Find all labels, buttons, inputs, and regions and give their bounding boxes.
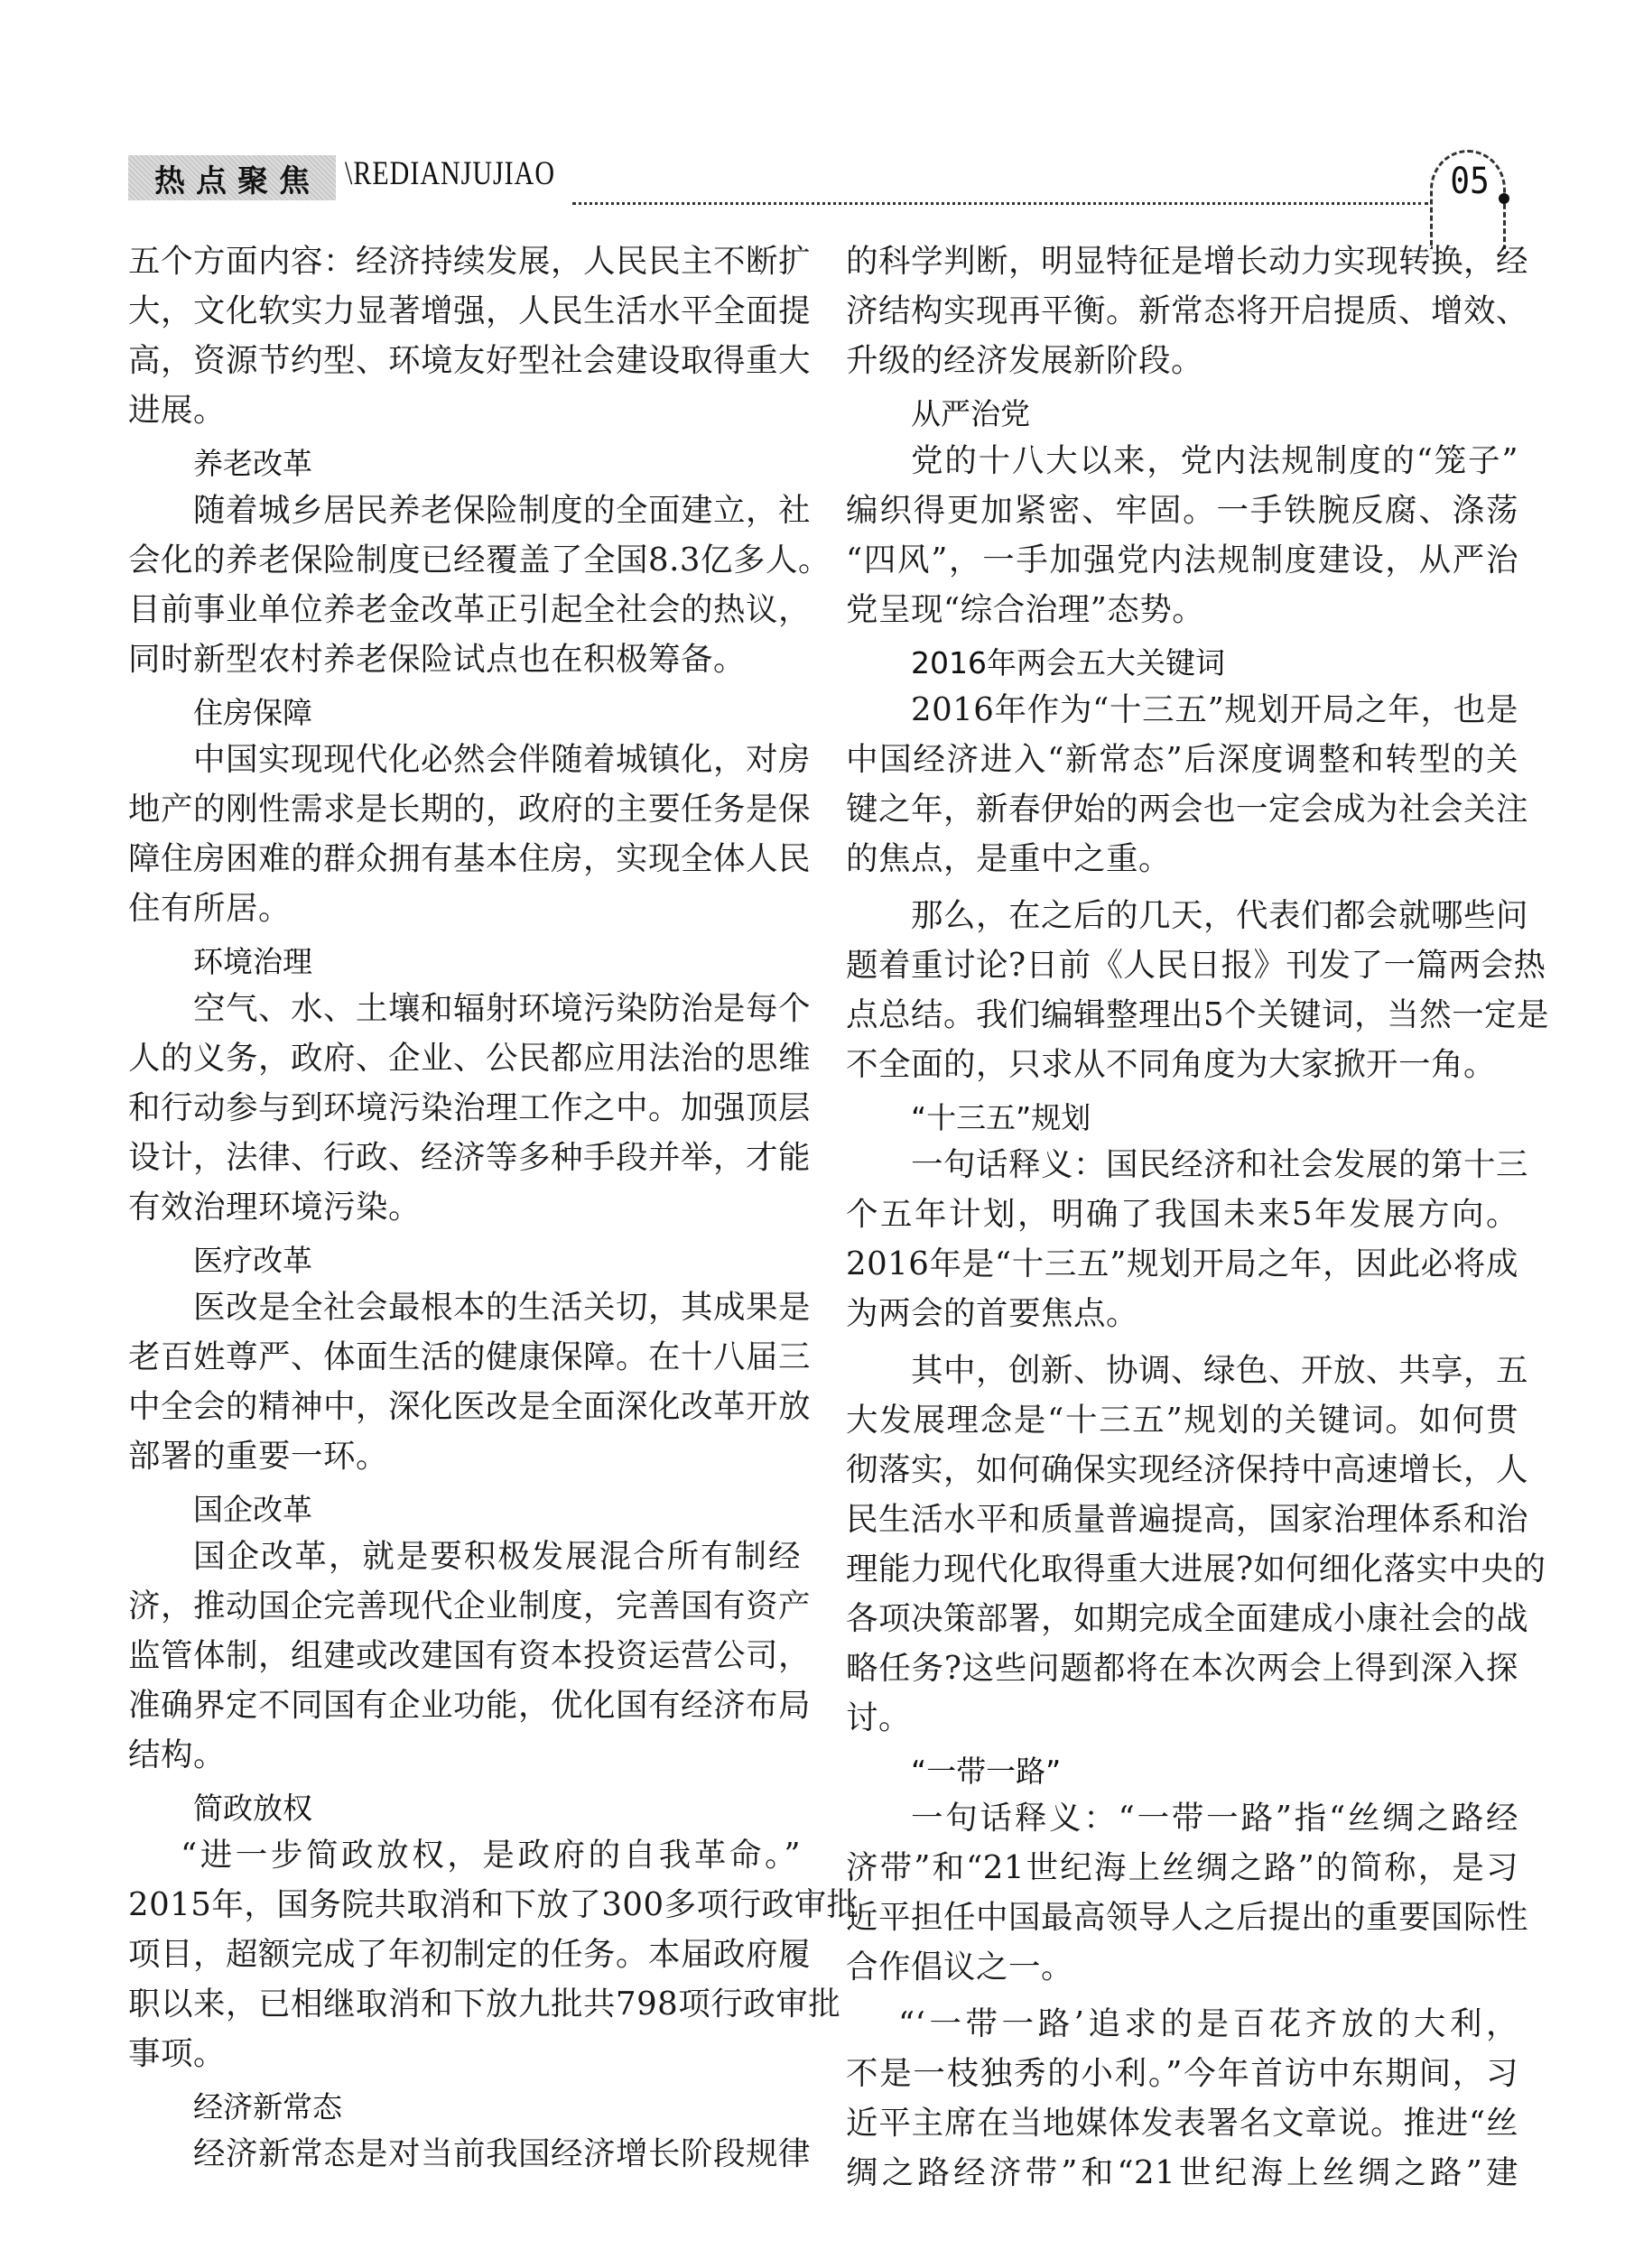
page-number-ornament: 05 [1425,146,1515,209]
text-line: 键之年，新春伊始的两会也一定会成为社会关注 [846,784,1518,834]
text-line: 的焦点，是重中之重。 [846,834,1518,884]
paragraph: 一句话释义：国民经济和社会发展的第十三个五年计划，明确了我国未来5年发展方向。2… [846,1140,1518,1338]
text-line: 会化的养老保险制度已经覆盖了全国8.3亿多人。 [128,535,801,585]
paragraph: 经济新常态是对当前我国经济增长阶段规律 [128,2129,801,2179]
text-line: 2015年，国务院共取消和下放了300多项行政审批 [128,1880,801,1930]
text-line: 进展。 [128,385,801,435]
section-heading: “一带一路” [846,1750,1518,1793]
paragraph: 医改是全社会最根本的生活关切，其成果是老百姓尊严、体面生活的健康保障。在十八届三… [128,1282,801,1481]
text-line: 随着城乡居民养老保险制度的全面建立，社 [128,486,801,535]
text-line: 空气、水、土壤和辐射环境污染防治是每个 [128,984,801,1033]
text-line: 大，文化软实力显著增强，人民生活水平全面提 [128,286,801,336]
paragraph: 空气、水、土壤和辐射环境污染防治是每个人的义务，政府、企业、公民都应用法治的思维… [128,984,801,1232]
section-heading: 国企改革 [128,1488,801,1532]
paragraph: 一句话释义：“一带一路”指“丝绸之路经济带”和“21世纪海上丝绸之路”的简称，是… [846,1793,1518,1992]
text-line: 不是一枝独秀的小利。”今年首访中东期间，习 [846,2049,1518,2098]
section-heading: 经济新常态 [128,2086,801,2129]
paragraph: “进一步简政放权，是政府的自我革命。”2015年，国务院共取消和下放了300多项… [128,1830,801,2078]
text-line: 各项决策部署，如期完成全面建成小康社会的战 [846,1594,1518,1643]
text-line: 近平担任中国最高领导人之后提出的重要国际性 [846,1893,1518,1942]
running-header: 热点聚焦 \REDIANJUJIAO 05 [128,152,1537,206]
section-heading: 简政放权 [128,1787,801,1830]
text-line: 有效治理环境污染。 [128,1182,801,1232]
section-heading: 养老改革 [128,442,801,486]
text-line: 高，资源节约型、环境友好型社会建设取得重大 [128,336,801,385]
paragraph: 那么，在之后的几天，代表们都会就哪些问题着重讨论?日前《人民日报》刊发了一篇两会… [846,891,1518,1089]
text-line: 济结构实现再平衡。新常态将开启提质、增效、 [846,286,1518,336]
text-line: 中国经济进入“新常态”后深度调整和转型的关 [846,735,1518,784]
text-line: 人的义务，政府、企业、公民都应用法治的思维 [128,1033,801,1083]
text-line: 其中，创新、协调、绿色、开放、共享，五 [846,1346,1518,1395]
page-number: 05 [1450,161,1489,202]
text-line: 讨。 [846,1693,1518,1743]
text-line: 医改是全社会最根本的生活关切，其成果是 [128,1282,801,1332]
text-line: 2016年是“十三五”规划开局之年，因此必将成 [846,1239,1518,1289]
text-line: 理能力现代化取得重大进展?如何细化落实中央的 [846,1544,1518,1594]
section-title-pinyin: \REDIANJUJIAO [345,155,555,194]
text-line: “进一步简政放权，是政府的自我革命。” [128,1830,801,1880]
text-line: 事项。 [128,2029,801,2078]
text-line: 合作倡议之一。 [846,1942,1518,1992]
paragraph: 党的十八大以来，党内法规制度的“笼子”编织得更加紧密、牢固。一手铁腕反腐、涤荡“… [846,436,1518,634]
paragraph: 国企改革，就是要积极发展混合所有制经济，推动国企完善现代企业制度，完善国有资产监… [128,1532,801,1780]
text-line: 题着重讨论?日前《人民日报》刊发了一篇两会热 [846,940,1518,990]
text-line: 济带”和“21世纪海上丝绸之路”的简称，是习 [846,1843,1518,1893]
text-line: 障住房困难的群众拥有基本住房，实现全体人民 [128,834,801,884]
left-column: 五个方面内容：经济持续发展，人民民主不断扩大，文化软实力显著增强，人民生活水平全… [128,236,801,2186]
text-line: 和行动参与到环境污染治理工作之中。加强顶层 [128,1083,801,1133]
text-line: 大发展理念是“十三五”规划的关键词。如何贯 [846,1395,1518,1445]
text-line: 老百姓尊严、体面生活的健康保障。在十八届三 [128,1332,801,1382]
text-line: “‘一带一路’追求的是百花齐放的大利， [846,1999,1518,2049]
section-heading: 从严治党 [846,393,1518,436]
paragraph: 的科学判断，明显特征是增长动力实现转换，经济结构实现再平衡。新常态将开启提质、增… [846,236,1518,385]
text-line: 那么，在之后的几天，代表们都会就哪些问 [846,891,1518,940]
text-line: 个五年计划，明确了我国未来5年发展方向。 [846,1190,1518,1239]
text-line: 近平主席在当地媒体发表署名文章说。推进“丝 [846,2098,1518,2148]
dot-icon [1499,193,1509,204]
text-line: 党呈现“综合治理”态势。 [846,585,1518,634]
paragraph: 五个方面内容：经济持续发展，人民民主不断扩大，文化软实力显著增强，人民生活水平全… [128,236,801,435]
text-line: 中国实现现代化必然会伴随着城镇化，对房 [128,735,801,784]
text-line: 绸之路经济带”和“21世纪海上丝绸之路”建 [846,2148,1518,2198]
section-heading: “十三五”规划 [846,1097,1518,1140]
text-line: 中全会的精神中，深化医改是全面深化改革开放 [128,1382,801,1431]
text-line: 党的十八大以来，党内法规制度的“笼子” [846,436,1518,486]
section-heading: 住房保障 [128,691,801,735]
text-line: 编织得更加紧密、牢固。一手铁腕反腐、涤荡 [846,486,1518,535]
text-line: “四风”，一手加强党内法规制度建设，从严治 [846,535,1518,585]
text-line: 国企改革，就是要积极发展混合所有制经 [128,1532,801,1581]
text-line: 住有所居。 [128,884,801,933]
text-line: 升级的经济发展新阶段。 [846,336,1518,385]
section-badge: 热点聚焦 [128,155,336,200]
section-heading: 医疗改革 [128,1239,801,1282]
text-line: 地产的刚性需求是长期的，政府的主要任务是保 [128,784,801,834]
text-line: 结构。 [128,1730,801,1780]
text-line: 五个方面内容：经济持续发展，人民民主不断扩 [128,236,801,286]
text-line: 准确界定不同国有企业功能，优化国有经济布局 [128,1680,801,1730]
section-heading: 环境治理 [128,940,801,984]
text-line: 设计，法律、行政、经济等多种手段并举，才能 [128,1133,801,1182]
right-column: 的科学判断，明显特征是增长动力实现转换，经济结构实现再平衡。新常态将开启提质、增… [846,236,1518,2205]
paragraph: 随着城乡居民养老保险制度的全面建立，社会化的养老保险制度已经覆盖了全国8.3亿多… [128,486,801,684]
section-heading: 2016年两会五大关键词 [846,642,1518,685]
dotted-rule [572,202,1428,205]
text-line: 一句话释义：国民经济和社会发展的第十三 [846,1140,1518,1190]
text-line: 民生活水平和质量普遍提高，国家治理体系和治 [846,1495,1518,1544]
section-title-cn: 热点聚焦 [144,156,320,200]
paragraph: 2016年作为“十三五”规划开局之年，也是中国经济进入“新常态”后深度调整和转型… [846,685,1518,884]
text-line: 彻落实，如何确保实现经济保持中高速增长，人 [846,1445,1518,1495]
text-line: 经济新常态是对当前我国经济增长阶段规律 [128,2129,801,2179]
text-line: 的科学判断，明显特征是增长动力实现转换，经 [846,236,1518,286]
text-line: 一句话释义：“一带一路”指“丝绸之路经 [846,1793,1518,1843]
text-line: 点总结。我们编辑整理出5个关键词，当然一定是 [846,990,1518,1040]
text-line: 不全面的，只求从不同角度为大家掀开一角。 [846,1040,1518,1089]
paragraph: 中国实现现代化必然会伴随着城镇化，对房地产的刚性需求是长期的，政府的主要任务是保… [128,735,801,933]
paragraph: “‘一带一路’追求的是百花齐放的大利，不是一枝独秀的小利。”今年首访中东期间，习… [846,1999,1518,2198]
text-line: 略任务?这些问题都将在本次两会上得到深入探 [846,1643,1518,1693]
text-line: 为两会的首要焦点。 [846,1289,1518,1338]
text-line: 项目，超额完成了年初制定的任务。本届政府履 [128,1930,801,1979]
text-line: 目前事业单位养老金改革正引起全社会的热议， [128,585,801,634]
text-line: 部署的重要一环。 [128,1431,801,1481]
text-line: 监管体制，组建或改建国有资本投资运营公司， [128,1631,801,1680]
text-line: 济，推动国企完善现代企业制度，完善国有资产 [128,1581,801,1631]
text-line: 同时新型农村养老保险试点也在积极筹备。 [128,634,801,684]
paragraph: 其中，创新、协调、绿色、开放、共享，五大发展理念是“十三五”规划的关键词。如何贯… [846,1346,1518,1743]
text-line: 职以来，已相继取消和下放九批共798项行政审批 [128,1979,801,2029]
text-line: 2016年作为“十三五”规划开局之年，也是 [846,685,1518,735]
